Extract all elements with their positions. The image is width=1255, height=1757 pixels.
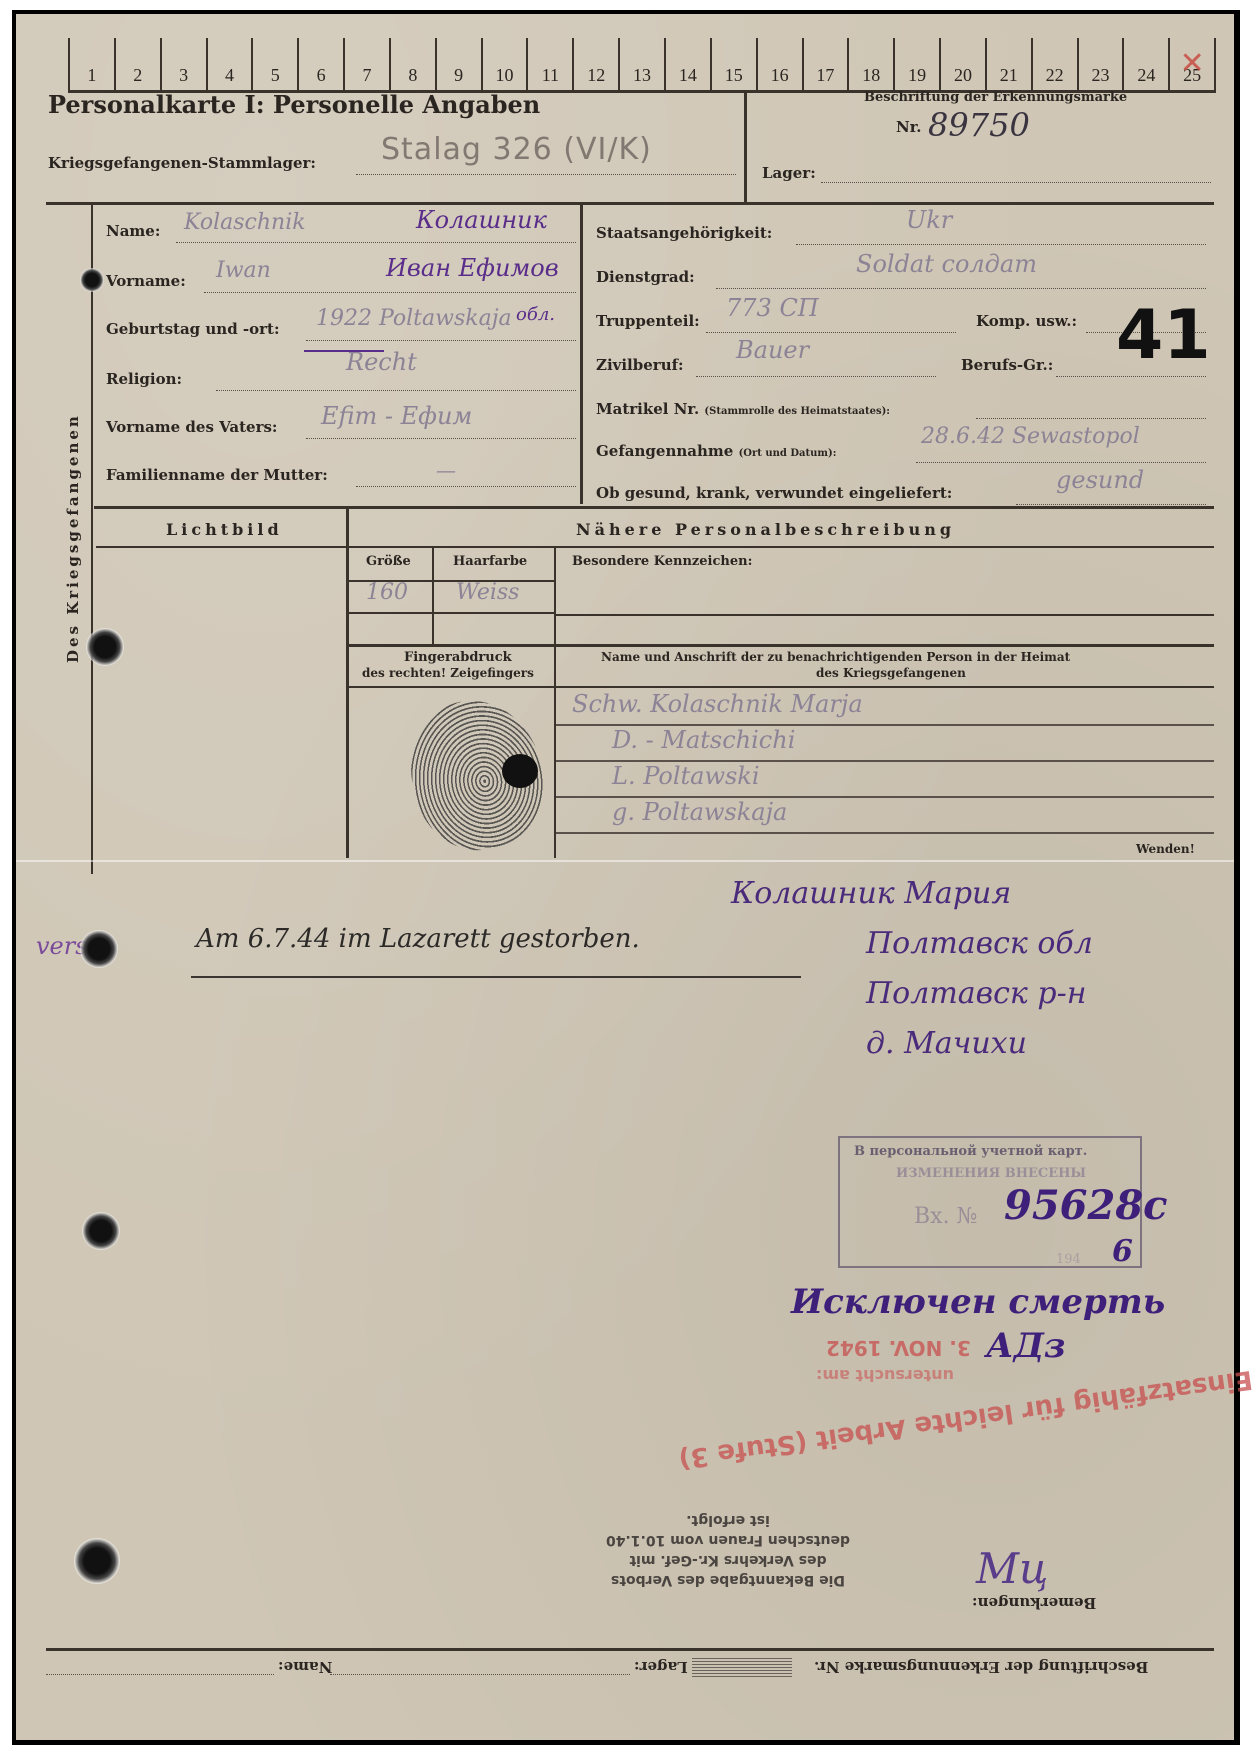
berufs-line [1056,376,1206,377]
column-number-cell: 13 [618,38,664,90]
lichtbild-label: Lichtbild [166,520,283,539]
finger-label-1: Fingerabdruck [404,650,512,665]
punch-hole [82,1212,120,1250]
printed-stamp: Die Bekanntgabe des Verbotsdes Verkehrs … [606,1510,850,1590]
section-rule [94,506,1214,509]
matrikel-label: Matrikel Nr. (Stammrolle des Heimatstaat… [596,400,890,418]
gefangennahme-main: Gefangennahme [596,442,733,460]
column-number-cell: 9 [435,38,481,90]
ru-stamp-number: 95628с [1004,1182,1168,1229]
column-number-cell: 12 [572,38,618,90]
gefangennahme-sub: (Ort und Datum): [739,448,837,459]
religion-value: Recht [346,348,417,376]
gefangennahme-value: 28.6.42 Sewastopol [921,424,1140,449]
kontakt-rule [556,686,1214,688]
naehere-rule [348,546,1214,548]
column-number-cell: 24 [1122,38,1168,90]
punch-hole [86,628,124,666]
stammlager-line [356,174,736,175]
dienstgrad-label: Dienstgrad: [596,268,695,286]
size-row-rule [348,612,554,614]
printed-stamp-line: deutschen Frauen vom 10.1.40 [606,1530,850,1550]
column-number-strip: 1234567891011121314151617181920212223242… [68,38,1216,93]
dienstgrad-value: Soldat солдат [856,250,1037,278]
stammlager-stamp: Stalag 326 (VI/K) [381,132,652,167]
groesse-divider [432,548,434,644]
kontakt-label-1: Name und Anschrift der zu benachrichtige… [601,650,1070,664]
geburtstag-label: Geburtstag und -ort: [106,320,280,338]
gesund-label: Ob gesund, krank, verwundet eingeliefert… [596,484,952,502]
column-number-cell: 22 [1031,38,1077,90]
column-number-cell: 25 [1168,38,1216,90]
red-stamp-line: Einsatzfähig für leichte Arbeit (Stufe 3… [677,1364,1255,1474]
komp-label: Komp. usw.: [976,312,1077,330]
staat-label: Staatsangehörigkeit: [596,224,772,242]
header-divider [744,92,747,202]
staat-line [796,244,1206,245]
matrikel-line [976,418,1206,419]
ru-stamp-line1: В персональной учетной карт. [854,1144,1087,1159]
kennzeichen-rule [556,614,1214,616]
column-number-cell: 5 [251,38,297,90]
vorname-label: Vorname: [106,272,186,290]
naehere-label: Nähere Personalbeschreibung [576,520,955,539]
column-number-cell: 14 [664,38,710,90]
footer-rule [46,1648,1214,1651]
name-line [176,242,576,243]
pow-personal-card: 1234567891011121314151617181920212223242… [16,14,1234,1740]
signature-initials: АДз [986,1326,1066,1366]
gefangennahme-line [916,462,1206,463]
staat-value: Ukr [906,206,952,234]
matrikel-main: Matrikel Nr. [596,400,699,418]
column-number-cell: 3 [160,38,206,90]
groesse-value: 160 [366,580,408,605]
column-number-cell: 23 [1077,38,1123,90]
geburtstag-value: 1922 Poltawskaja [316,306,512,331]
haarfarbe-divider [554,548,556,858]
finger-label-2: des rechten! Zeigefingers [362,666,534,680]
column-number-cell: 2 [114,38,160,90]
vorname-line [204,292,576,293]
footer-lager-line [330,1674,630,1675]
column-number-cell: 11 [526,38,572,90]
kontakt-line-text: L. Poltawski [612,762,760,790]
geburtstag-note: обл. [516,304,555,325]
footer-name-label: Name: [278,1658,332,1676]
berufs-label: Berufs-Gr.: [961,356,1053,374]
side-label: Des Kriegsgefangenen [64,423,82,663]
header-bottom-rule [46,202,1214,205]
column-number-cell: 1 [68,38,114,90]
red-stamp-sub: untersucht am: [816,1366,954,1385]
truppenteil-label: Truppenteil: [596,312,700,330]
red-stamp-date: 3. NOV. 1942 [826,1336,971,1360]
column-number-cell: 8 [389,38,435,90]
kennzeichen-bottom-rule [348,644,1214,647]
kontakt-line-text: g. Poltawskaja [612,798,787,826]
lager-line [821,182,1211,183]
cyrillic-address-line: Колашник Мария [731,876,1011,911]
groesse-label: Größe [366,554,411,569]
printed-stamp-line: Die Bekanntgabe des Verbots [606,1570,850,1590]
vorname-value-latin: Iwan [216,258,271,283]
name-label: Name: [106,222,160,240]
lager-label: Lager: [762,164,816,182]
matrikel-sub: (Stammrolle des Heimatstaates): [704,406,890,417]
footer-nr-box [692,1658,792,1678]
truppenteil-value: 773 СП [726,294,819,322]
bemerkungen-label: Bemerkungen: [972,1594,1096,1612]
ru-stamp-year: 194 [1056,1252,1081,1267]
kennzeichen-label: Besondere Kennzeichen: [572,554,752,569]
zivilberuf-line [696,376,936,377]
column-number-cell: 18 [847,38,893,90]
stammlager-label: Kriegsgefangenen-Stammlager: [48,154,316,172]
haarfarbe-label: Haarfarbe [453,554,527,569]
lichtbild-rule [96,546,346,548]
gesund-line [1016,504,1206,505]
column-number-cell: 21 [985,38,1031,90]
punch-hole [80,930,118,968]
fingerprint-blot [502,754,538,788]
column-number-cell: 15 [710,38,756,90]
footer-erkennungsmarke-label: Beschriftung der Erkennungsmarke Nr. [814,1658,1148,1676]
vater-value: Efim - Ефим [321,402,472,430]
cyrillic-address-line: д. Мачихи [866,1026,1027,1061]
side-rule [91,204,93,874]
kontakt-line-text: D. - Matschichi [612,726,795,754]
card-title: Personalkarte I: Personelle Angaben [48,90,540,119]
column-number-cell: 19 [893,38,939,90]
column-number-cell: 16 [756,38,802,90]
mutter-value: — [436,458,456,482]
wenden-label: Wenden! [1136,842,1195,856]
printed-stamp-line: des Verkehrs Kr.-Gef. mit [606,1550,850,1570]
signature-purple: Исключен смерть [791,1282,1165,1322]
religion-label: Religion: [106,370,182,388]
death-note: Am 6.7.44 im Lazarett gestorben. [196,924,640,954]
column-number-cell: 17 [802,38,848,90]
ru-stamp-line2: ИЗМЕНЕНИЯ ВНЕСЕНЫ [896,1166,1086,1181]
dienstgrad-line [716,288,1206,289]
finger-rule [348,686,554,688]
column-number-cell: 10 [481,38,527,90]
cyrillic-address-line: Полтавск р-н [866,976,1086,1011]
name-value-latin: Kolaschnik [184,210,306,235]
vorname-value-cyrillic: Иван Ефимов [386,254,559,282]
fold-crease [16,860,1234,862]
punch-hole [74,1538,120,1584]
ru-stamp-vx: Вх. № [914,1204,977,1229]
footer-lager-label: Lager: [634,1658,688,1676]
mutter-label: Familienname der Mutter: [106,466,328,484]
nr-label: Nr. [896,118,921,136]
gefangennahme-label: Gefangennahme (Ort und Datum): [596,442,836,460]
column-number-cell: 6 [297,38,343,90]
vater-line [306,438,576,439]
berufs-value: 41 [1116,296,1211,375]
death-underline [191,976,801,978]
geburtstag-line [306,340,576,341]
printed-stamp-line: ist erfolgt. [606,1510,850,1530]
kontakt-line-rule [556,832,1214,834]
zivilberuf-label: Zivilberuf: [596,356,684,374]
name-value-cyrillic: Колашник [416,206,547,234]
vater-label: Vorname des Vaters: [106,418,277,436]
column-number-cell: 20 [939,38,985,90]
cyrillic-address-line: Полтавск обл [866,926,1093,961]
footer-name-line [46,1674,274,1675]
lichtbild-divider [346,508,349,858]
punch-hole [80,268,104,292]
column-number-cell: 7 [343,38,389,90]
haarfarbe-value: Weiss [456,580,519,605]
bemerkungen-signature: Мц [976,1544,1048,1593]
gesund-value: gesund [1056,466,1144,494]
nr-value: 89750 [928,106,1030,144]
mutter-line [356,486,576,487]
kontakt-line-text: Schw. Kolaschnik Marja [572,690,863,718]
kontakt-label-2: des Kriegsgefangenen [816,666,966,680]
column-number-cell: 4 [206,38,252,90]
zivilberuf-value: Bauer [736,336,809,364]
ru-stamp-year-hand: 6 [1112,1234,1133,1269]
erkennungsmarke-label: Beschriftung der Erkennungsmarke [864,90,1127,105]
truppenteil-line [706,332,956,333]
religion-line [216,390,576,391]
personal-divider [580,204,583,504]
